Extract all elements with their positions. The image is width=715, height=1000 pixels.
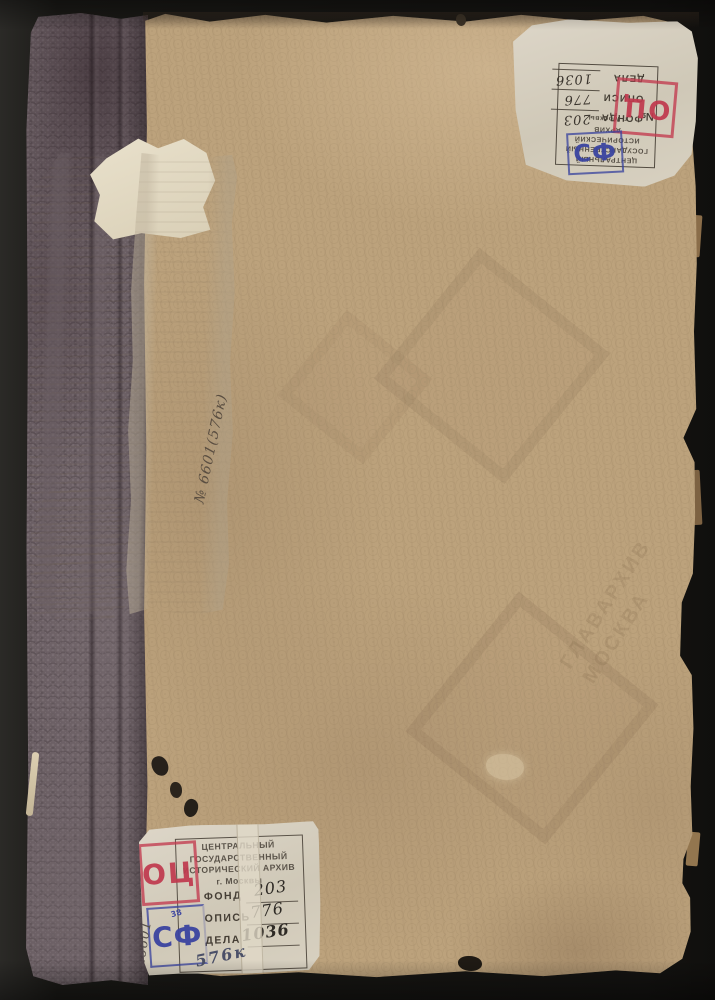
archive-label-bottom: ЦЕНТРАЛЬНЫЙ ГОСУДАРСТВЕННЫЙ ИСТОРИЧЕСКИЙ… (138, 821, 323, 977)
delo-value: 1036 (555, 70, 593, 87)
ink-spot (456, 14, 466, 26)
archive-label-top: ЦЕНТРАЛЬНЫЙ ГОСУДАРСТВЕННЫЙ ИСТОРИЧЕСКИЙ… (511, 18, 700, 187)
blue-sf-stamp: СФ (566, 130, 624, 175)
blue-stamp-letters: СФ (151, 918, 204, 954)
fond-value: 203 (562, 111, 591, 127)
light-blotch (486, 754, 524, 780)
ink-spot (458, 956, 482, 971)
opis-value: 776 (563, 91, 592, 107)
archival-book-cover-photo: ГЛАВАРХИВ МОСКВА № 6601(576к) ЦЕНТРАЛЬНЫ… (0, 0, 715, 1000)
blue-stamp-note: 38 (170, 908, 183, 920)
fond-label: ФОНД (204, 890, 243, 903)
ink-spot (170, 782, 182, 798)
red-otz-stamp: ОЦ (613, 77, 679, 138)
